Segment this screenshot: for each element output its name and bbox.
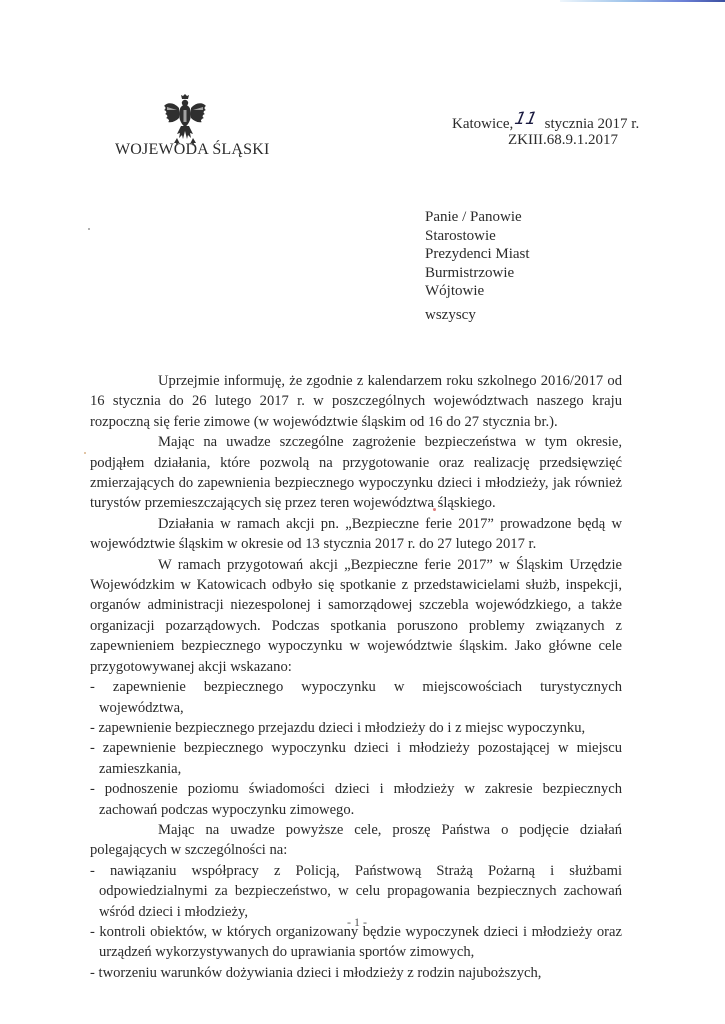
page-number: - 1 - (347, 915, 367, 930)
goal-item: - zapewnienie bezpiecznego wypoczynku w … (90, 677, 622, 718)
reference-number: ZKIII.68.9.1.2017 (508, 132, 618, 149)
addressee-line: Starostowie (425, 227, 530, 246)
month-year: stycznia 2017 r. (545, 116, 640, 132)
action-item: - nawiązaniu współpracy z Policją, Państ… (90, 861, 622, 922)
addressee-all: wszyscy (425, 307, 476, 324)
scan-speck (88, 228, 90, 230)
place-date: Katowice,11 stycznia 2017 r. (452, 113, 639, 133)
eagle-emblem-icon (163, 94, 207, 146)
paragraph-campaign-period: Działania w ramach akcji pn. „Bezpieczne… (90, 514, 622, 555)
goal-item: - podnoszenie poziomu świadomości dzieci… (90, 779, 622, 820)
paragraph-actions-taken: Mając na uwadze szczególne zagrożenie be… (90, 432, 622, 514)
action-item: - tworzeniu warunków dożywiania dzieci i… (90, 963, 622, 983)
addressee-line: Panie / Panowie (425, 208, 530, 227)
addressee-line: Burmistrzowie (425, 264, 530, 283)
paragraph-request: Mając na uwadze powyższe cele, proszę Pa… (90, 820, 622, 861)
handwritten-day: 11 (513, 109, 539, 129)
letter-body: Uprzejmie informuję, że zgodnie z kalend… (90, 371, 622, 983)
place: Katowice, (452, 116, 513, 132)
addressee-line: Prezydenci Miast (425, 245, 530, 264)
office-name: WOJEWODA ŚLĄSKI (115, 141, 270, 159)
addressee-line: Wójtowie (425, 282, 530, 301)
paragraph-meeting: W ramach przygotowań akcji „Bezpieczne f… (90, 555, 622, 677)
scan-speck (433, 508, 436, 511)
addressee-block: Panie / Panowie Starostowie Prezydenci M… (425, 208, 530, 301)
scan-speck (84, 452, 86, 454)
scan-edge-artifact (560, 0, 725, 2)
goal-item: - zapewnienie bezpiecznego przejazdu dzi… (90, 718, 622, 738)
paragraph-intro: Uprzejmie informuję, że zgodnie z kalend… (90, 371, 622, 432)
goal-item: - zapewnienie bezpiecznego wypoczynku dz… (90, 738, 622, 779)
